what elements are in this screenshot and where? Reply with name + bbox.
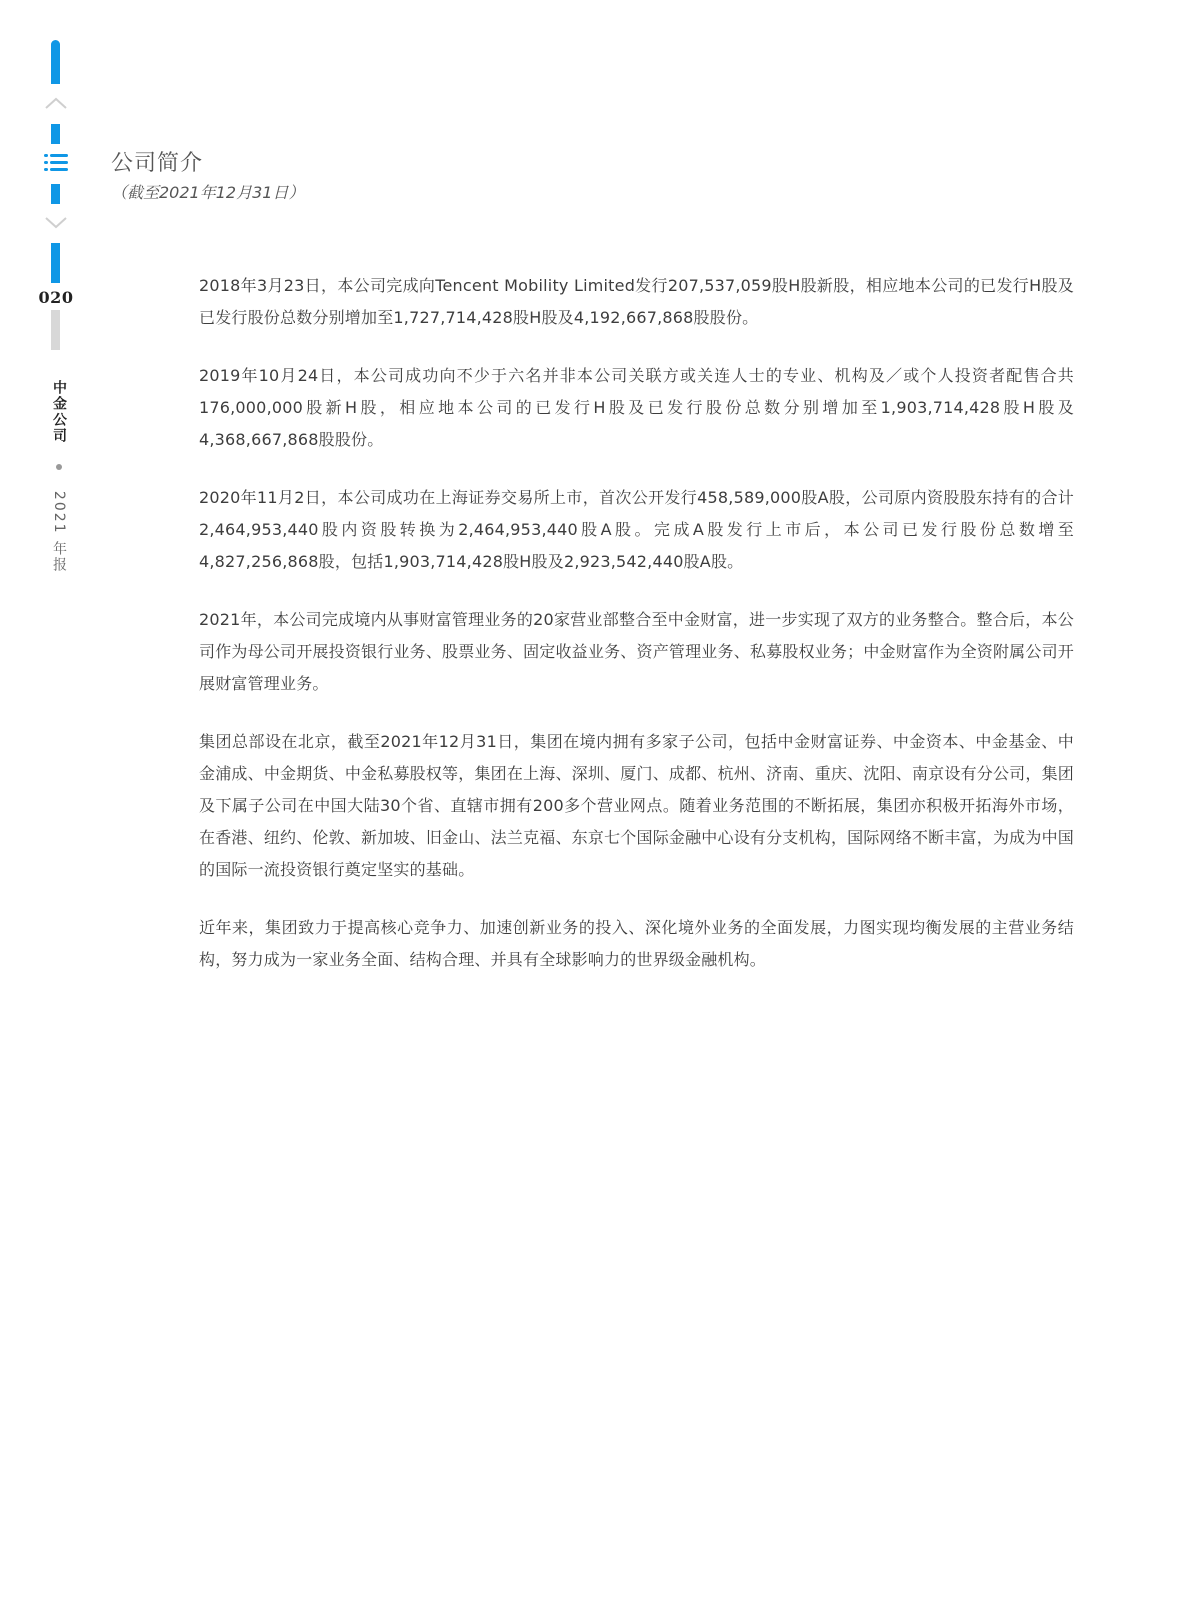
report-year: 2021 年报 [51, 491, 67, 573]
accent-bar [51, 184, 60, 204]
chevron-down-icon[interactable] [44, 216, 68, 230]
report-label: 中金公司 2021 年报 [49, 380, 69, 573]
separator-dot-icon [56, 464, 62, 470]
page-subtitle: （截至2021年12月31日） [111, 180, 304, 203]
menu-list-icon[interactable] [44, 152, 68, 174]
paragraph: 2019年10月24日，本公司成功向不少于六名并非本公司关联方或关连人士的专业、… [199, 360, 1074, 456]
body-content: 2018年3月23日，本公司完成向Tencent Mobility Limite… [199, 270, 1074, 1002]
page-number: 020 [38, 288, 74, 307]
paragraph: 集团总部设在北京，截至2021年12月31日，集团在境内拥有多家子公司，包括中金… [199, 726, 1074, 886]
company-name: 中金公司 [51, 380, 67, 444]
paragraph: 近年来，集团致力于提高核心竞争力、加速创新业务的投入、深化境外业务的全面发展，力… [199, 912, 1074, 976]
paragraph: 2021年，本公司完成境内从事财富管理业务的20家营业部整合至中金财富，进一步实… [199, 604, 1074, 700]
chevron-up-icon[interactable] [44, 96, 68, 110]
paragraph: 2018年3月23日，本公司完成向Tencent Mobility Limite… [199, 270, 1074, 334]
accent-bar [51, 243, 60, 283]
paragraph: 2020年11月2日，本公司成功在上海证券交易所上市，首次公开发行458,589… [199, 482, 1074, 578]
accent-bar [51, 40, 60, 84]
page-title: 公司简介 [111, 146, 203, 177]
divider-bar [51, 310, 60, 350]
accent-bar [51, 124, 60, 144]
